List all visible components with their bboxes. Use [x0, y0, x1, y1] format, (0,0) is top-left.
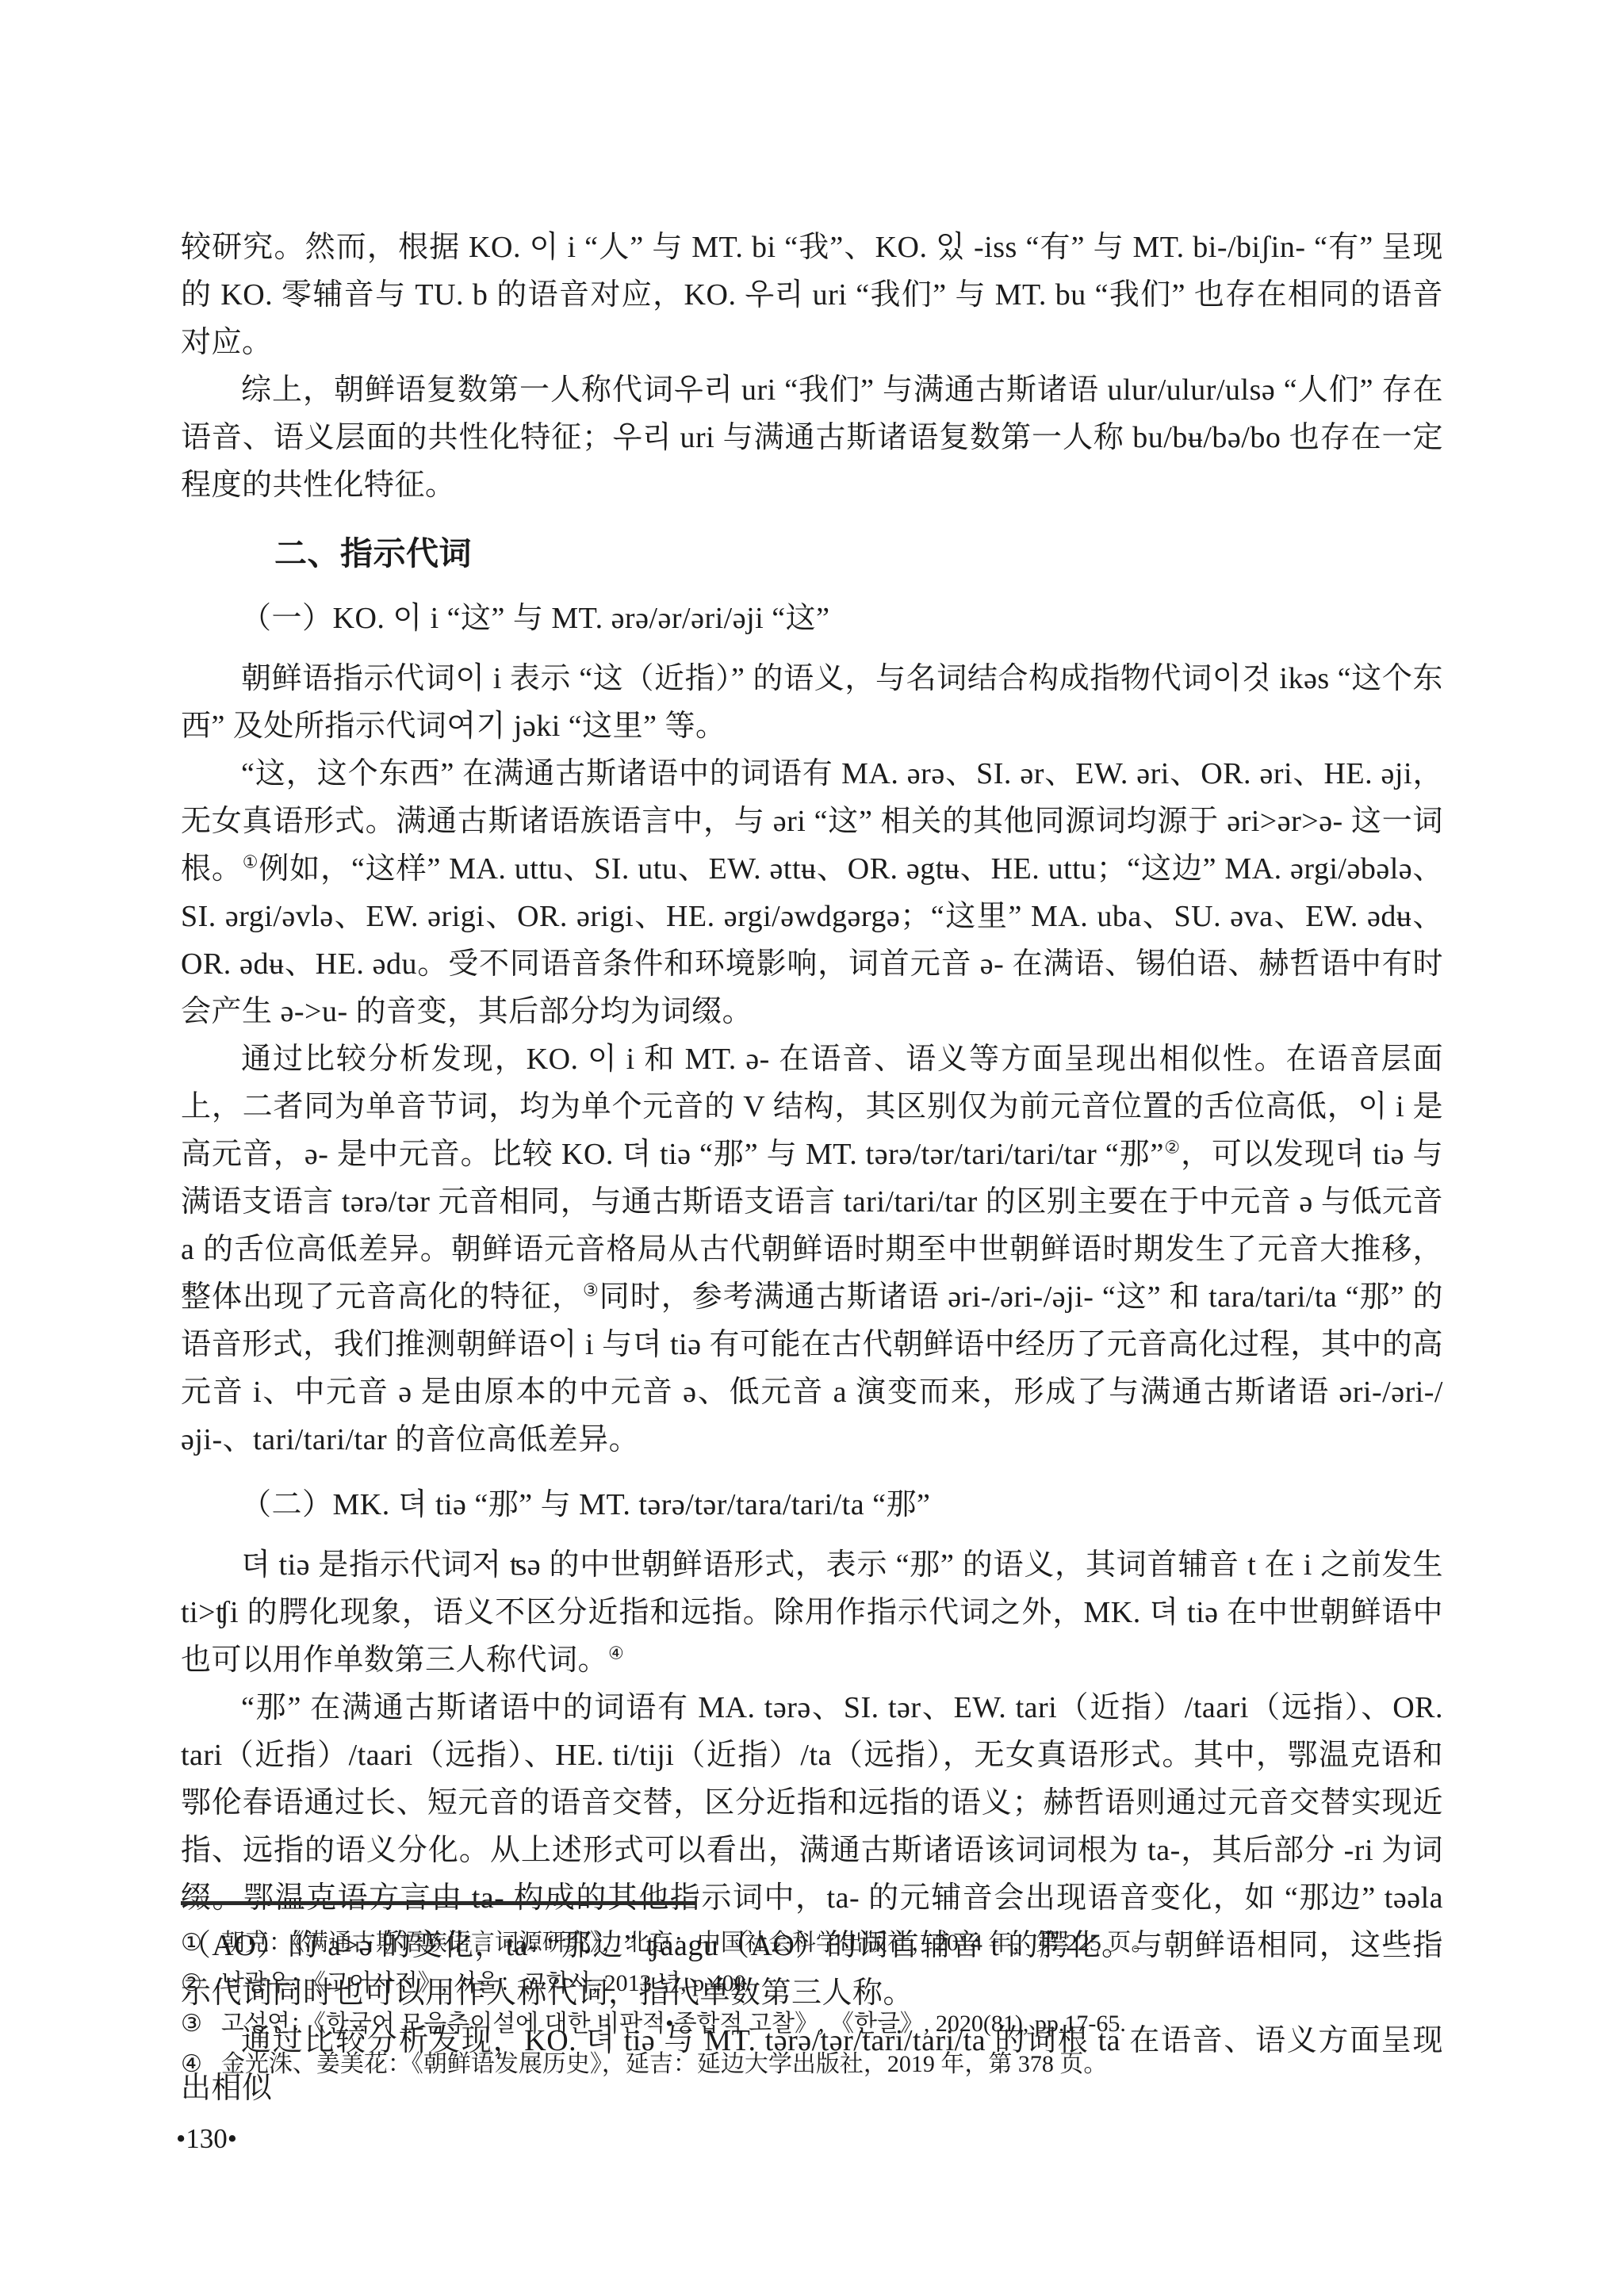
footnote-4: ④ 金光洙、姜美花：《朝鲜语发展历史》，延吉：延边大学出版社，2019 年，第 … — [181, 2044, 1443, 2084]
body-paragraph-5: 通过比较分析发现，KO. 이 i 和 MT. ə- 在语音、语义等方面呈现出相似… — [181, 1035, 1443, 1464]
footnote-2-marker: ② — [181, 1963, 202, 2003]
section-heading: 二、指示代词 — [181, 530, 1443, 577]
article-body: 较研究。然而，根据 KO. 이 i “人” 与 MT. bi “我”、KO. 있… — [181, 224, 1443, 2112]
footnote-divider — [181, 1901, 696, 1905]
footnote-2: ② 남광우：《고어사전》, 서울：교학사, 2013 년, p.400. — [181, 1963, 1443, 2003]
footnote-1: ① 朝克：《满通古斯语族语言词源研究》，北京：中国社会科学出版社，2014 年，… — [181, 1923, 1443, 1963]
body-paragraph-continued: 较研究。然而，根据 KO. 이 i “人” 与 MT. bi “我”、KO. 있… — [181, 224, 1443, 366]
footnotes-section: ① 朝克：《满通古斯语族语言词源研究》，北京：中国社会科学出版社，2014 年，… — [181, 1901, 1443, 2084]
body-paragraph-4: “这，这个东西” 在满通古斯诸语中的词语有 MA. ərə、SI. ər、EW.… — [181, 750, 1443, 1035]
document-page: 较研究。然而，根据 KO. 이 i “人” 与 MT. bi “我”、KO. 있… — [0, 0, 1624, 2296]
footnote-3: ③ 고성연：《한국어 모음추이설에 대한 비판적•종합적 고찰》, 《한글》, … — [181, 2003, 1443, 2044]
footnote-2-text: 남광우：《고어사전》, 서울：교학사, 2013 년, p.400. — [221, 1963, 1443, 2003]
body-paragraph-summary: 综上，朝鲜语复数第一人称代词우리 uri “我们” 与满通古斯诸语 ulur/u… — [181, 366, 1443, 509]
body-paragraph-6: 뎌 tiə 是指示代词저 ʦə 的中世朝鲜语形式，表示 “那” 的语义，其词首辅… — [181, 1541, 1443, 1684]
page-number: •130• — [176, 2123, 237, 2155]
footnote-3-marker: ③ — [181, 2003, 202, 2044]
subsection-heading-2: （二）MK. 뎌 tiə “那” 与 MT. tərə/tər/tara/tar… — [181, 1481, 1443, 1529]
footnote-1-marker: ① — [181, 1923, 202, 1963]
footnote-1-text: 朝克：《满通古斯语族语言词源研究》，北京：中国社会科学出版社，2014 年，第 … — [221, 1923, 1443, 1963]
footnote-3-text: 고성연：《한국어 모음추이설에 대한 비판적•종합적 고찰》, 《한글》, 20… — [221, 2003, 1443, 2044]
footnote-4-marker: ④ — [181, 2044, 202, 2084]
body-paragraph-3: 朝鲜语指示代词이 i 表示 “这（近指）” 的语义，与名词结合构成指物代词이것 … — [181, 655, 1443, 750]
subsection-heading-1: （一）KO. 이 i “这” 与 MT. ərə/ər/əri/əji “这” — [181, 595, 1443, 642]
footnote-4-text: 金光洙、姜美花：《朝鲜语发展历史》，延吉：延边大学出版社，2019 年，第 37… — [221, 2044, 1443, 2084]
